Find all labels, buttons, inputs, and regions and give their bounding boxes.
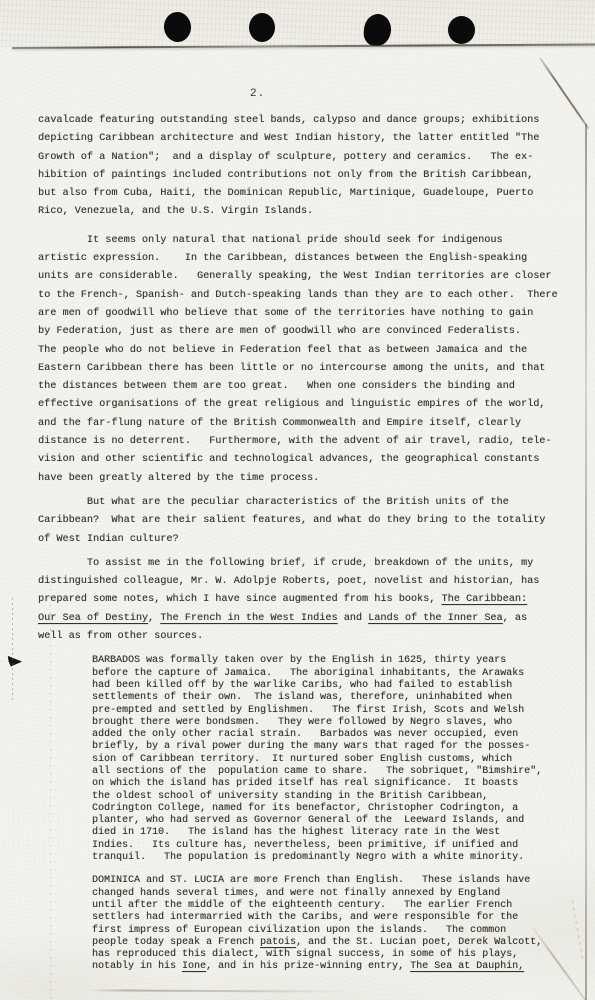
punch-hole-1 <box>163 11 193 44</box>
left-crease-line <box>50 588 51 1000</box>
paragraph-national-pride: It seems only natural that national prid… <box>38 232 572 488</box>
right-edge-scratch <box>572 900 583 959</box>
margin-arrow-mark <box>6 655 22 668</box>
document-page: cavalcade featuring outstanding steel ba… <box>38 112 572 974</box>
margin-crease-line <box>12 598 13 702</box>
paragraph-peculiar-characteristics: But what are the peculiar characteristic… <box>38 494 572 549</box>
punch-hole-2 <box>249 13 275 42</box>
scanner-top-strip <box>0 0 595 47</box>
page-right-edge-line <box>585 124 587 1000</box>
paragraph-dominica-st-lucia: DOMINICA and ST. LUCIA are more French t… <box>92 875 572 973</box>
punch-hole-3 <box>363 13 393 47</box>
paragraph-barbados: BARBADOS was formally taken over by the … <box>92 655 572 864</box>
paragraph-cavalcade: cavalcade featuring outstanding steel ba… <box>38 112 572 222</box>
bottom-smudge-line <box>88 989 350 992</box>
page-number: 2. <box>250 88 265 100</box>
paragraph-roberts-books: To assist me in the following brief, if … <box>38 555 572 646</box>
punch-hole-4 <box>448 16 475 44</box>
